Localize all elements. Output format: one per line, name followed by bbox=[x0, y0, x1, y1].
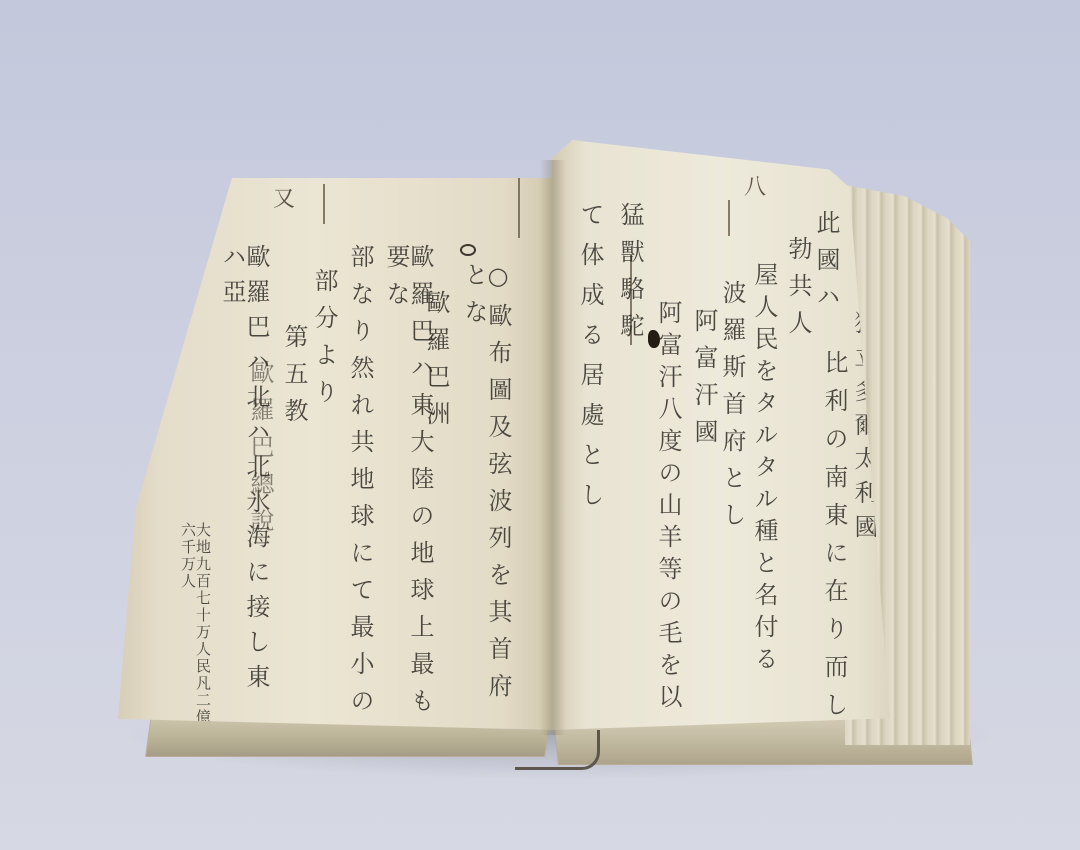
right-page: 八 此國ハ 勃共人 屋人民をタルタル種と名付る 波羅斯首府とし 阿富汗國 阿富汗… bbox=[552, 140, 890, 730]
circle-mark bbox=[460, 244, 476, 256]
text-column: 部なり然れ共地球にて最小の bbox=[348, 244, 372, 725]
text-column: 此國ハ bbox=[814, 210, 838, 321]
text-column: 部分より bbox=[312, 268, 336, 416]
page-mark-left: 又 bbox=[273, 182, 295, 213]
left-page: 又 ○歐布圖及弦波列を其首府とな 歐羅巴洲 歐羅巴ハ東大陸の地球上最も要な 部な… bbox=[118, 178, 556, 730]
text-column: 比利の南東に在り而し bbox=[822, 350, 846, 730]
worm-track bbox=[518, 178, 520, 238]
text-column: 歐羅巴ハ北ハ北氷海に接し東ハ亞 bbox=[220, 244, 268, 730]
page-mark-right: 八 bbox=[744, 170, 766, 201]
text-column: 波羅斯首府とし bbox=[720, 280, 744, 539]
text-column: 勃共人 bbox=[786, 236, 810, 347]
text-column: 猛獸駱駝 bbox=[618, 202, 642, 350]
binding-thread bbox=[515, 730, 600, 770]
worm-track bbox=[323, 184, 325, 224]
text-column: 阿富汗八度の山羊等の毛を以 bbox=[656, 300, 680, 716]
worm-track bbox=[728, 200, 730, 236]
text-column: 屋人民をタルタル種と名付る bbox=[752, 262, 776, 678]
text-column: 第五教 bbox=[282, 324, 306, 435]
text-column: 阿富汗國 bbox=[692, 308, 716, 456]
photo-scene: 又 ○歐布圖及弦波列を其首府とな 歐羅巴洲 歐羅巴ハ東大陸の地球上最も要な 部な… bbox=[0, 0, 1080, 850]
annotation-column: 大地九百七十万人民凡二億六千万人 bbox=[180, 522, 210, 730]
book-gutter bbox=[540, 160, 566, 735]
text-column: て体成る居處とし bbox=[578, 202, 602, 522]
text-column: 歐羅巴ハ東大陸の地球上最も要な bbox=[384, 244, 432, 730]
text-column: ○歐布圖及弦波列を其首府とな bbox=[462, 262, 510, 730]
